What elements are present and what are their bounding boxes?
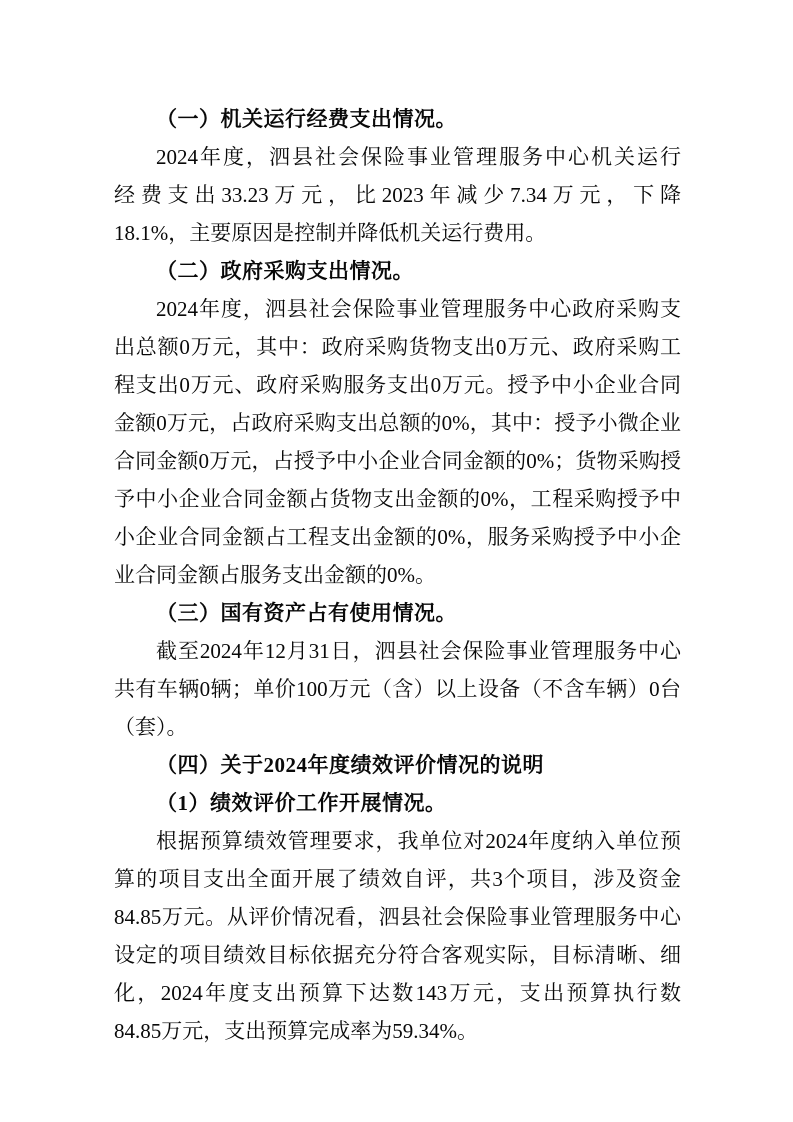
body-line: （套）。 (114, 708, 681, 746)
body-line: 截至2024年12月31日，泗县社会保险事业管理服务中心 (114, 632, 681, 670)
body-line: 出总额0万元，其中：政府采购货物支出0万元、政府采购工 (114, 328, 681, 366)
sub-heading-1: （1）绩效评价工作开展情况。 (114, 784, 681, 822)
body-line: 经费支出33.23万元，比2023年减少7.34万元，下降 (114, 176, 681, 214)
body-line: 84.85万元。从评价情况看，泗县社会保险事业管理服务中心 (114, 898, 681, 936)
body-line: 18.1%，主要原因是控制并降低机关运行费用。 (114, 214, 681, 252)
body-line: 共有车辆0辆；单价100万元（含）以上设备（不含车辆）0台 (114, 670, 681, 708)
document-page: （一）机关运行经费支出情况。 2024年度，泗县社会保险事业管理服务中心机关运行… (0, 0, 793, 1122)
section-heading-1: （一）机关运行经费支出情况。 (114, 100, 681, 138)
body-line: 2024年度，泗县社会保险事业管理服务中心政府采购支 (114, 290, 681, 328)
section-heading-2: （二）政府采购支出情况。 (114, 252, 681, 290)
section-heading-4: （四）关于2024年度绩效评价情况的说明 (114, 746, 681, 784)
body-line: 设定的项目绩效目标依据充分符合客观实际，目标清晰、细 (114, 936, 681, 974)
body-line: 金额0万元，占政府采购支出总额的0%，其中：授予小微企业 (114, 404, 681, 442)
section-heading-3: （三）国有资产占有使用情况。 (114, 594, 681, 632)
body-line: 小企业合同金额占工程支出金额的0%，服务采购授予中小企 (114, 518, 681, 556)
body-line: 84.85万元，支出预算完成率为59.34%。 (114, 1012, 681, 1050)
body-line: 算的项目支出全面开展了绩效自评，共3个项目，涉及资金 (114, 860, 681, 898)
body-line: 根据预算绩效管理要求，我单位对2024年度纳入单位预 (114, 822, 681, 860)
body-line: 合同金额0万元，占授予中小企业合同金额的0%；货物采购授 (114, 442, 681, 480)
body-line: 程支出0万元、政府采购服务支出0万元。授予中小企业合同 (114, 366, 681, 404)
document-text-block: （一）机关运行经费支出情况。 2024年度，泗县社会保险事业管理服务中心机关运行… (114, 100, 681, 1050)
body-line: 业合同金额占服务支出金额的0%。 (114, 556, 681, 594)
body-line: 2024年度，泗县社会保险事业管理服务中心机关运行 (114, 138, 681, 176)
body-line: 化，2024年度支出预算下达数143万元，支出预算执行数 (114, 974, 681, 1012)
body-line: 予中小企业合同金额占货物支出金额的0%，工程采购授予中 (114, 480, 681, 518)
